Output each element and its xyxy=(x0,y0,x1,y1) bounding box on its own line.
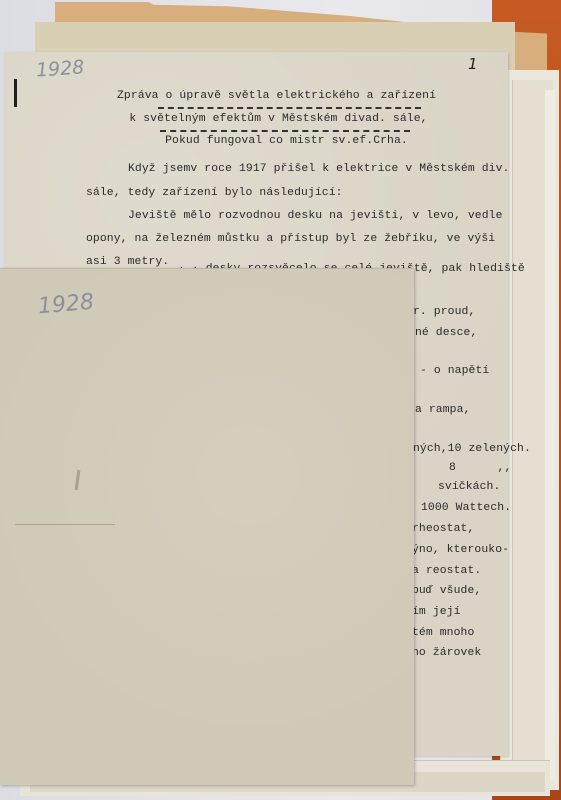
fragment-2: né desce, xyxy=(415,327,477,339)
fragment-4: a rampa, xyxy=(415,404,470,416)
title-line-1: Zpráva o úpravě světla elektrického a za… xyxy=(0,90,557,102)
fold-line xyxy=(15,524,115,525)
page-number: 1 xyxy=(468,55,478,73)
body-line-5: asi 3 metry. xyxy=(86,256,169,268)
blank-overlay-page xyxy=(0,268,414,785)
title-underline-2 xyxy=(160,130,410,132)
fragment-12: buď všude, xyxy=(412,585,481,597)
fragment-6: 8 ,, xyxy=(449,462,511,474)
fragment-7: svíčkách. xyxy=(438,481,500,493)
paper-stack-right-edge xyxy=(545,90,555,780)
body-line-4: opony, na železném můstku a přístup byl … xyxy=(86,233,495,245)
fragment-1: r. proud, xyxy=(413,306,475,318)
fragment-13: ím její xyxy=(412,606,461,618)
body-line-1: Když jsemv roce 1917 přišel k elektrice … xyxy=(128,163,509,175)
fragment-3: - o napětí xyxy=(420,365,489,377)
body-line-3: Jeviště mělo rozvodnou desku na jevišti,… xyxy=(128,210,503,222)
fragment-10: ýno, kterouko- xyxy=(412,544,509,556)
year-annotation-front: 1928 xyxy=(37,290,95,320)
fragment-5: ných,10 zelených. xyxy=(413,443,531,455)
fragment-9: rheostat, xyxy=(412,523,474,535)
title-line-2: k světelným efektům v Městském divad. sá… xyxy=(0,113,559,125)
title-line-3: Pokud fungoval co mistr sv.ef.Crha. xyxy=(6,135,561,147)
fragment-14: tém mnoho xyxy=(412,627,474,639)
title-underline-1 xyxy=(158,107,421,109)
year-annotation: 1928 xyxy=(35,56,85,81)
fragment-11: a reostat. xyxy=(412,565,481,577)
fragment-8: 1000 Wattech. xyxy=(421,502,511,514)
body-line-2: sále, tedy zařízení bylo následující: xyxy=(86,187,343,199)
fragment-15: no žárovek xyxy=(412,647,481,659)
